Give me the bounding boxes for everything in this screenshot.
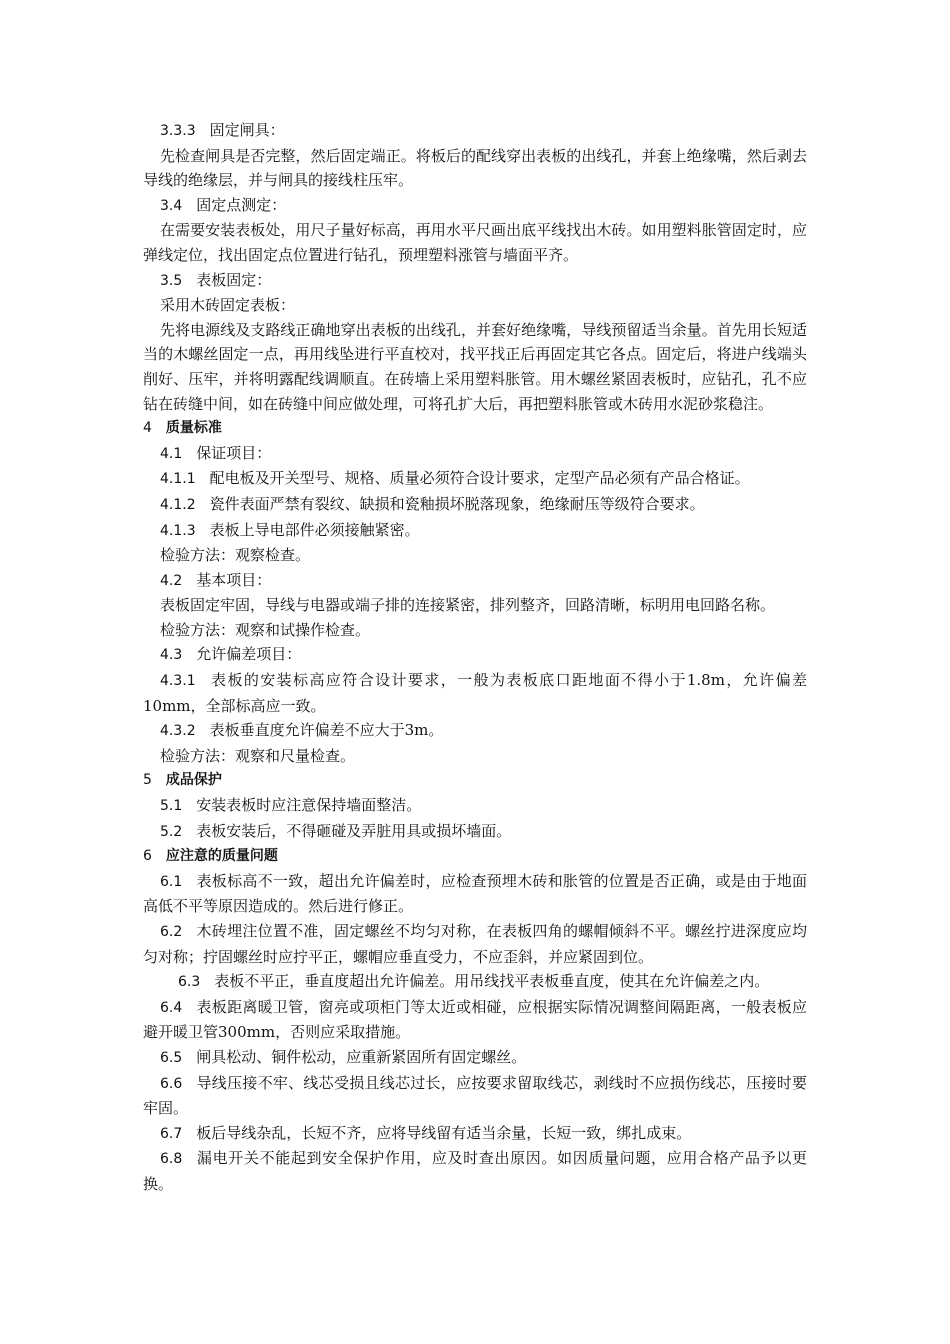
paragraph: 先将电源线及支路线正确地穿出表板的出线孔，并套好绝缘嘴，导线预留适当余量。首先用…: [143, 318, 807, 416]
subheading-4-1: 4.1保证项目：: [143, 441, 807, 467]
list-item-6-7: 6.7板后导线杂乱，长短不齐，应将导线留有适当余量，长短一致，绑扎成束。: [143, 1121, 807, 1147]
section-heading-4: 4质量标准: [143, 416, 807, 441]
list-item-4-1-3: 4.1.3表板上导电部件必须接触紧密。: [143, 518, 807, 544]
list-item-6-5: 6.5闸具松动、铜件松动，应重新紧固所有固定螺丝。: [143, 1045, 807, 1071]
subheading-3-3-3: 3.3.3固定闸具：: [143, 118, 807, 144]
subheading-5-1: 5.1安装表板时应注意保持墙面整洁。: [143, 793, 807, 819]
subheading-5-2: 5.2表板安装后，不得砸碰及弄脏用具或损坏墙面。: [143, 819, 807, 845]
paragraph: 表板固定牢固，导线与电器或端子排的连接紧密，排列整齐，回路清晰，标明用电回路名称…: [143, 593, 807, 618]
list-item-6-1: 6.1表板标高不一致，超出允许偏差时，应检查预埋木砖和胀管的位置是否正确，或是由…: [143, 869, 807, 919]
list-item-6-8: 6.8漏电开关不能起到安全保护作用，应及时查出原因。如因质量问题，应用合格产品予…: [143, 1146, 807, 1196]
list-item-4-3-1: 4.3.1表板的安装标高应符合设计要求，一般为表板底口距地面不得小于1.8m，允…: [143, 668, 807, 718]
paragraph: 采用木砖固定表板：: [143, 293, 807, 318]
paragraph: 检验方法：观察和尺量检查。: [143, 744, 807, 769]
list-item-6-4: 6.4表板距离暖卫管，窗亮或项柜门等太近或相碰，应根据实际情况调整间隔距离，一般…: [143, 995, 807, 1045]
section-heading-6: 6应注意的质量问题: [143, 844, 807, 869]
list-item-4-1-1: 4.1.1配电板及开关型号、规格、质量必须符合设计要求，定型产品必须有产品合格证…: [143, 466, 807, 492]
list-item-6-6: 6.6导线压接不牢、线芯受损且线芯过长，应按要求留取线芯，剥线时不应损伤线芯，压…: [143, 1071, 807, 1121]
list-item-6-2: 6.2木砖埋注位置不准，固定螺丝不均匀对称，在表板四角的螺帽倾斜不平。螺丝拧进深…: [143, 919, 807, 969]
paragraph: 检验方法：观察检查。: [143, 543, 807, 568]
list-item-4-3-2: 4.3.2表板垂直度允许偏差不应大于3m。: [143, 718, 807, 744]
section-heading-5: 5成品保护: [143, 768, 807, 793]
subheading-3-4: 3.4固定点测定：: [143, 193, 807, 219]
subheading-4-3: 4.3允许偏差项目：: [143, 642, 807, 668]
paragraph: 在需要安装表板处，用尺子量好标高，再用水平尺画出底平线找出木砖。如用塑料胀管固定…: [143, 218, 807, 267]
paragraph: 先检查闸具是否完整，然后固定端正。将板后的配线穿出表板的出线孔，并套上绝缘嘴，然…: [143, 144, 807, 193]
document-page: 3.3.3固定闸具： 先检查闸具是否完整，然后固定端正。将板后的配线穿出表板的出…: [143, 118, 807, 1197]
list-item-4-1-2: 4.1.2瓷件表面严禁有裂纹、缺损和瓷釉损坏脱落现象，绝缘耐压等级符合要求。: [143, 492, 807, 518]
subheading-3-5: 3.5表板固定：: [143, 268, 807, 294]
subheading-4-2: 4.2基本项目：: [143, 568, 807, 594]
list-item-6-3: 6.3表板不平正，垂直度超出允许偏差。用吊线找平表板垂直度，使其在允许偏差之内。: [143, 969, 807, 995]
paragraph: 检验方法：观察和试操作检查。: [143, 618, 807, 643]
